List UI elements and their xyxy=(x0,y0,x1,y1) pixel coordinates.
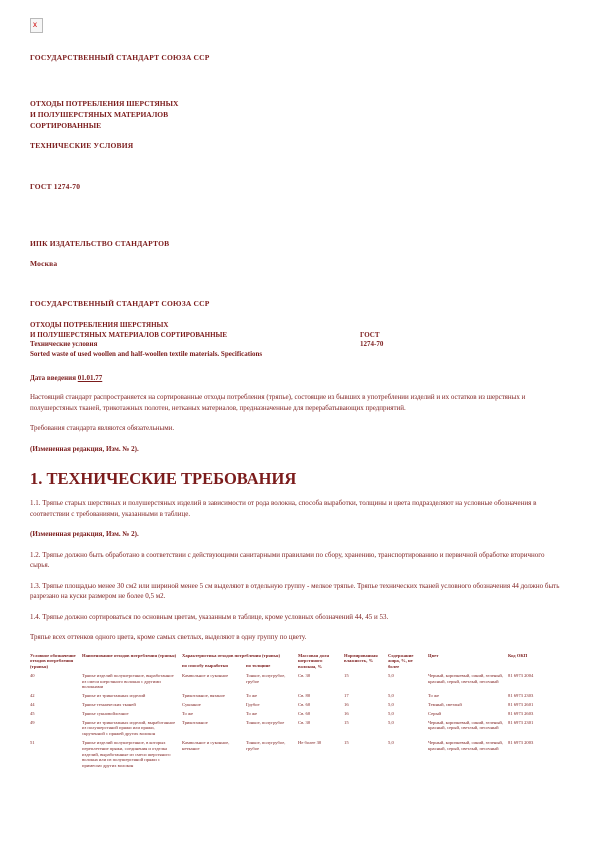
table-cell: Св. 60 xyxy=(298,701,344,710)
effective-date-line: Дата введения 01.01.77 xyxy=(30,374,565,382)
table-cell: Тряпье изделий полушерстяное, выработанн… xyxy=(82,672,182,692)
document-page: x ГОСУДАРСТВЕННЫЙ СТАНДАРТ СОЮЗА ССР ОТХ… xyxy=(0,0,595,842)
paragraph-1-3: 1.3. Тряпье площадью менее 30 см2 или ши… xyxy=(30,581,565,602)
effective-date-label: Дата введения xyxy=(30,374,78,382)
col-header-color: Цвет xyxy=(428,652,508,672)
title-line-2: И ПОЛУШЕРСТЯНЫХ МАТЕРИАЛОВ СОРТИРОВАННЫЕ xyxy=(30,331,360,341)
table-cell: Св. 60 xyxy=(298,710,344,719)
col-header-characteristic-group: Характеристика отходов потребления (тряп… xyxy=(182,652,298,662)
table-cell: 16 xyxy=(344,701,388,710)
table-cell: Св. 30 xyxy=(298,672,344,692)
table-cell: То же xyxy=(246,692,298,701)
table-cell: Тонкое, полугрубое xyxy=(246,719,298,739)
title-block-left: ОТХОДЫ ПОТРЕБЛЕНИЯ ШЕРСТЯНЫХ И ПОЛУШЕРСТ… xyxy=(30,321,360,359)
table-cell: 5,0 xyxy=(388,710,428,719)
table-cell: Темный, светлый xyxy=(428,701,508,710)
table-cell: Камвольное и суконное, нетканое xyxy=(182,739,246,771)
title-line-ru: Технические условия xyxy=(30,340,360,350)
paragraph-1-4b: Тряпье всех оттенков одного цвета, кроме… xyxy=(30,632,565,643)
table-cell: 15 xyxy=(344,739,388,771)
col-header-fat: Содержание жира, %, не более xyxy=(388,652,428,672)
publisher-name: ИПК ИЗДАТЕЛЬСТВО СТАНДАРТОВ xyxy=(30,239,565,248)
doc-title-line-2: И ПОЛУШЕРСТЯНЫХ МАТЕРИАЛОВ xyxy=(30,109,565,120)
table-cell: То же xyxy=(246,710,298,719)
col-header-okp-code: Код ОКП xyxy=(508,652,567,672)
paragraph-mandatory: Требования стандарта являются обязательн… xyxy=(30,423,565,434)
doc-subtitle: ТЕХНИЧЕСКИЕ УСЛОВИЯ xyxy=(30,141,565,150)
col-header-production-method: по способу выработки xyxy=(182,662,246,672)
table-cell: 49 xyxy=(30,719,82,739)
col-header-thickness: по толщине xyxy=(246,662,298,672)
gost-code-label: ГОСТ xyxy=(360,331,383,341)
paragraph-1-1: 1.1. Тряпье старых шерстяных и полушерст… xyxy=(30,498,565,519)
table-cell: 42 xyxy=(30,692,82,701)
table-cell: 45 xyxy=(30,710,82,719)
col-header-code: Условное обозначение отходов потребления… xyxy=(30,652,82,672)
gost-number: ГОСТ 1274-70 xyxy=(30,182,565,191)
table-cell: Трикотажное, вязаное xyxy=(182,692,246,701)
doc-title-line-3: СОРТИРОВАННЫЕ xyxy=(30,120,565,131)
table-cell: То же xyxy=(182,710,246,719)
document-title: ОТХОДЫ ПОТРЕБЛЕНИЯ ШЕРСТЯНЫХ И ПОЛУШЕРСТ… xyxy=(30,98,565,131)
title-block: ОТХОДЫ ПОТРЕБЛЕНИЯ ШЕРСТЯНЫХ И ПОЛУШЕРСТ… xyxy=(30,321,565,359)
table-cell: Суконное xyxy=(182,701,246,710)
table-row: 51 Тряпье изделий полушерстяное, в котор… xyxy=(30,739,567,771)
table-header: Условное обозначение отходов потребления… xyxy=(30,652,567,672)
table-cell: То же xyxy=(428,692,508,701)
table-cell: 81 6973 2301 xyxy=(508,719,567,739)
table-cell: Трикотажное xyxy=(182,719,246,739)
table-cell: 81 6973 2003 xyxy=(508,739,567,771)
table-header-row-1: Условное обозначение отходов потребления… xyxy=(30,652,567,662)
table-cell: Не более 30 xyxy=(298,739,344,771)
table-cell: 81 6973 2303 xyxy=(508,692,567,701)
table-cell: Тряпье из трикотажных изделий xyxy=(82,692,182,701)
broken-image-icon: x xyxy=(30,18,43,33)
table-cell: 5,0 xyxy=(388,739,428,771)
table-cell: 81 6973 2601 xyxy=(508,701,567,710)
paragraph-amendment-1: (Измененная редакция, Изм. № 2). xyxy=(30,444,565,455)
col-header-wool-share: Массовая доля шерстяного волокна, % xyxy=(298,652,344,672)
table-cell: 81 6973 2603 xyxy=(508,710,567,719)
table-row: 49 Тряпье из трикотажных изделий, вырабо… xyxy=(30,719,567,739)
table-cell: Черный, коричневый, синий, зеленый, крас… xyxy=(428,719,508,739)
doc-title-line-1: ОТХОДЫ ПОТРЕБЛЕНИЯ ШЕРСТЯНЫХ xyxy=(30,98,565,109)
standard-label-top: ГОСУДАРСТВЕННЫЙ СТАНДАРТ СОЮЗА ССР xyxy=(30,53,565,62)
standard-label-mid: ГОСУДАРСТВЕННЫЙ СТАНДАРТ СОЮЗА ССР xyxy=(30,299,565,308)
table-cell: 51 xyxy=(30,739,82,771)
gost-code-number: 1274-70 xyxy=(360,340,383,350)
table-cell: Св. 80 xyxy=(298,692,344,701)
table-cell: 81 6973 2004 xyxy=(508,672,567,692)
table-cell: Тряпье изделий полушерстяное, в которых … xyxy=(82,739,182,771)
table-cell: Серый xyxy=(428,710,508,719)
paragraph-1-2: 1.2. Тряпье должно быть обработано в соо… xyxy=(30,550,565,571)
paragraph-amendment-2: (Измененная редакция, Изм. № 2). xyxy=(30,529,565,540)
table-cell: Грубое xyxy=(246,701,298,710)
table-cell: 15 xyxy=(344,719,388,739)
table-cell: Тряпье технических тканей xyxy=(82,701,182,710)
title-line-en: Sorted waste of used woollen and half-wo… xyxy=(30,350,360,360)
publisher-city: Москва xyxy=(30,259,565,268)
table-row: 44 Тряпье технических тканей Суконное Гр… xyxy=(30,701,567,710)
col-header-moisture: Нормированная влажность, % xyxy=(344,652,388,672)
table-row: 40 Тряпье изделий полушерстяное, выработ… xyxy=(30,672,567,692)
table-cell: 44 xyxy=(30,701,82,710)
table-cell: Тонкое, полугрубое, грубое xyxy=(246,672,298,692)
table-cell: Тонкое, полугрубое, грубое xyxy=(246,739,298,771)
table-row: 45 Тряпье сукновойлочное То же То же Св.… xyxy=(30,710,567,719)
table-cell: 15 xyxy=(344,672,388,692)
table-cell: Черный, коричневый, синий, зеленый, крас… xyxy=(428,672,508,692)
table-cell: 16 xyxy=(344,710,388,719)
title-line-1: ОТХОДЫ ПОТРЕБЛЕНИЯ ШЕРСТЯНЫХ xyxy=(30,321,360,331)
table-cell: 17 xyxy=(344,692,388,701)
table-cell: 5,0 xyxy=(388,672,428,692)
title-block-gost: ГОСТ 1274-70 xyxy=(360,321,383,359)
table-cell: Тряпье из трикотажных изделий, выработан… xyxy=(82,719,182,739)
table-cell: 40 xyxy=(30,672,82,692)
col-header-name: Наименование отходов потребления (тряпья… xyxy=(82,652,182,672)
table-cell: 5,0 xyxy=(388,701,428,710)
table-cell: Тряпье сукновойлочное xyxy=(82,710,182,719)
table-cell: Черный, коричневый, синий, зеленый, крас… xyxy=(428,739,508,771)
paragraph-scope: Настоящий стандарт распространяется на с… xyxy=(30,392,565,413)
table-row: 42 Тряпье из трикотажных изделий Трикота… xyxy=(30,692,567,701)
classification-table: Условное обозначение отходов потребления… xyxy=(30,652,567,772)
table-cell: Камвольное и суконное xyxy=(182,672,246,692)
table-body: 40 Тряпье изделий полушерстяное, выработ… xyxy=(30,672,567,771)
table-cell: 5,0 xyxy=(388,719,428,739)
table-cell: Св. 30 xyxy=(298,719,344,739)
section-1-heading: 1. ТЕХНИЧЕСКИЕ ТРЕБОВАНИЯ xyxy=(30,469,565,488)
effective-date-link[interactable]: 01.01.77 xyxy=(78,374,103,382)
table-cell: 5,0 xyxy=(388,692,428,701)
paragraph-1-4: 1.4. Тряпье должно сортироваться по осно… xyxy=(30,612,565,623)
